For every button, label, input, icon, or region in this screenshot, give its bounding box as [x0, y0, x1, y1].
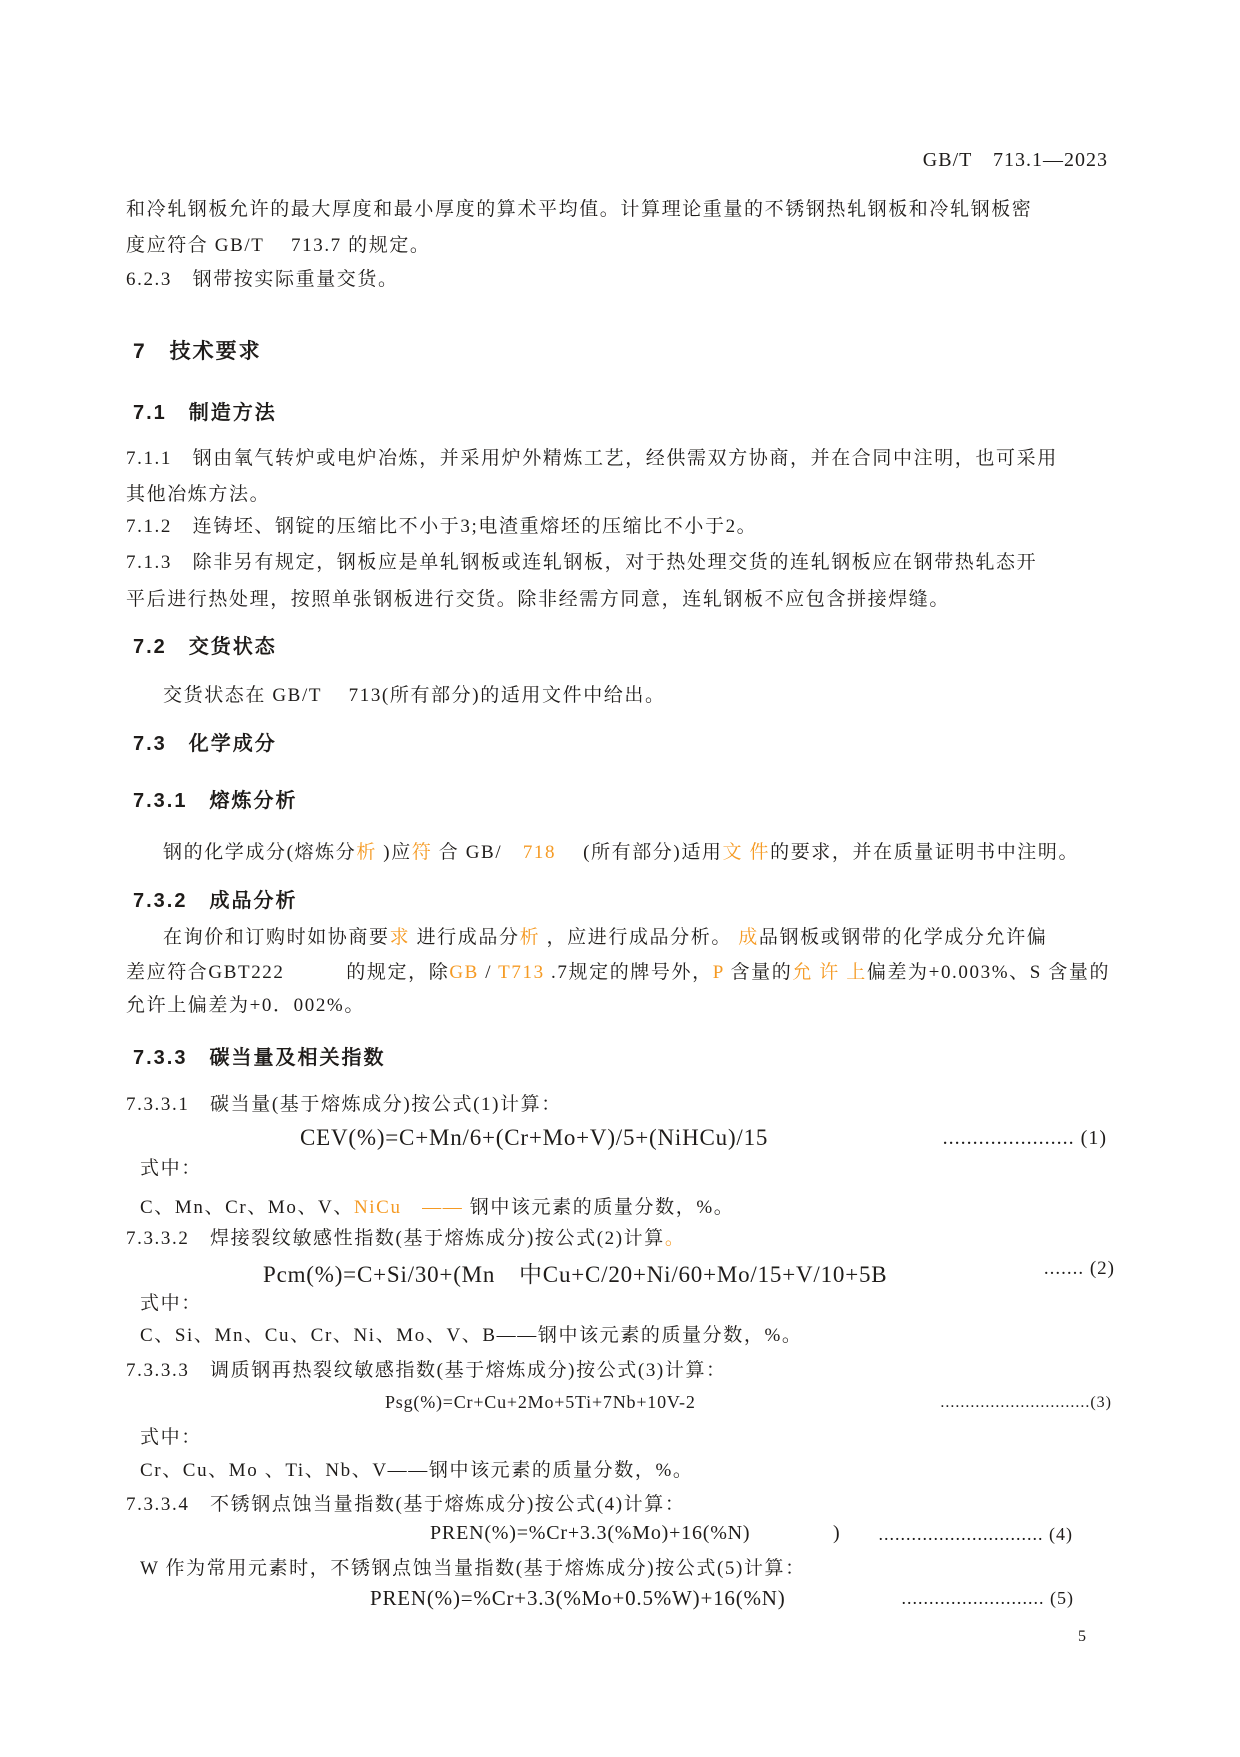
text-segment: Psg(%)=Cr+Cu+2Mo+5Ti+7Nb+10V-2 [385, 1392, 696, 1412]
page-header-standard-number: GB/T 713.1—2023 [923, 143, 1108, 172]
text-segment: 进行成品分 [410, 927, 519, 948]
formula-dotted-reference: ..............................(3) [940, 1394, 1112, 1412]
text-segment: W 作为常用元素时，不锈钢点蚀当量指数(基于熔炼成分)按公式(5)计算： [140, 1558, 806, 1579]
document-page: GB/T 713.1—2023 和冷轧钢板允许的最大厚度和最小厚度的算术平均值。… [0, 0, 1240, 1757]
formula-dotted-reference: .............................. (4) [879, 1524, 1074, 1545]
text-segment: 7 技术要求 [133, 340, 262, 363]
doc-line-text: 7.3.3.2 焊接裂纹敏感性指数(基于熔炼成分)按公式(2)计算。 [126, 1227, 685, 1251]
highlighted-text-segment: P [713, 962, 724, 983]
text-segment: 7.1.3 除非另有规定，钢板应是单轧钢板或连轧钢板，对于热处理交货的连轧钢板应… [126, 552, 1037, 573]
text-segment: 7.2 交货状态 [133, 636, 277, 658]
doc-line-text: 度应符合 GB/T 713.7 的规定。 [126, 234, 431, 258]
text-segment: PREN(%)=%Cr+3.3(%Mo)+16(%N) [430, 1522, 750, 1544]
highlighted-text-segment: 允 许 上 [792, 962, 867, 983]
text-segment: (所有部分)适用 [556, 842, 722, 863]
formula-dotted-reference: ...................... (1) [943, 1127, 1107, 1150]
doc-line-text: 式中： [140, 1157, 202, 1181]
doc-line-text: Pcm(%)=C+Si/30+(Mn 中Cu+C/20+Ni/60+Mo/15+… [263, 1256, 887, 1289]
text-segment: 7.3 化学成分 [133, 733, 277, 755]
text-segment: 钢中该元素的质量分数，%。 [463, 1197, 734, 1218]
doc-line-text: 和冷轧钢板允许的最大厚度和最小厚度的算术平均值。计算理论重量的不锈钢热轧钢板和冷… [126, 198, 1032, 222]
text-segment [402, 1197, 423, 1218]
text-segment: 7.3.2 成品分析 [133, 890, 297, 912]
doc-line-text: 7.1 制造方法 [133, 396, 277, 425]
text-segment: 7.3.3.2 焊接裂纹敏感性指数(基于熔炼成分)按公式(2)计算 [126, 1228, 665, 1249]
doc-line-text: 7.3.3 碳当量及相关指数 [133, 1041, 385, 1070]
text-segment: 式中： [140, 1427, 202, 1448]
text-segment: 7.1 制造方法 [133, 402, 277, 424]
doc-line-text: 7.3.1 熔炼分析 [133, 784, 297, 813]
doc-line-text: 7.2 交货状态 [133, 630, 277, 659]
doc-line-text: W 作为常用元素时，不锈钢点蚀当量指数(基于熔炼成分)按公式(5)计算： [140, 1557, 806, 1581]
doc-line-text: PREN(%)=%Cr+3.3(%Mo+0.5%W)+16(%N) [370, 1586, 786, 1611]
page-number: 5 [1078, 1628, 1086, 1646]
doc-line-text: 7.1.3 除非另有规定，钢板应是单轧钢板或连轧钢板，对于热处理交货的连轧钢板应… [126, 551, 1037, 575]
highlighted-text-segment: —— [422, 1197, 463, 1218]
highlighted-text-segment: GB [449, 962, 479, 983]
highlighted-text-segment: T713 [498, 962, 545, 983]
text-segment: 平后进行热处理，按照单张钢板进行交货。除非经需方同意，连轧钢板不应包含拼接焊缝。 [126, 589, 950, 610]
doc-line-text: Psg(%)=Cr+Cu+2Mo+5Ti+7Nb+10V-2 [385, 1392, 696, 1413]
text-segment: )应 [377, 842, 412, 863]
text-segment: 允许上偏差为+0．002%。 [126, 995, 365, 1016]
text-segment: 在询价和订购时如协商要 [163, 927, 390, 948]
formula-dotted-reference: ....... (2) [1044, 1258, 1115, 1280]
text-segment: 7.1.1 钢由氧气转炉或电炉冶炼，并采用炉外精炼工艺，经供需双方协商，并在合同… [126, 448, 1058, 469]
text-segment: 偏差为+0.003%、S 含量的 [867, 962, 1110, 983]
text-segment: ，应进行成品分析。 [540, 927, 738, 948]
doc-line-text: 允许上偏差为+0．002%。 [126, 994, 365, 1018]
highlighted-text-segment: 。 [665, 1228, 686, 1249]
doc-line-text: 式中： [140, 1292, 202, 1316]
text-segment: C、Mn、Cr、Mo、V、 [140, 1197, 354, 1218]
doc-line-text: CEV(%)=C+Mn/6+(Cr+Mo+V)/5+(NiHCu)/15 [300, 1125, 768, 1151]
text-segment: 式中： [140, 1158, 202, 1179]
doc-line-text: 其他冶炼方法。 [126, 483, 270, 507]
stray-glyph: ) [833, 1522, 840, 1545]
text-segment: 7.1.2 连铸坯、钢锭的压缩比不小于3;电渣重熔坯的压缩比不小于2。 [126, 516, 757, 537]
text-segment: 交货状态在 GB/T 713(所有部分)的适用文件中给出。 [163, 685, 666, 706]
doc-line-text: C、Mn、Cr、Mo、V、NiCu —— 钢中该元素的质量分数，%。 [140, 1196, 734, 1220]
text-segment: 7.3.3.4 不锈钢点蚀当量指数(基于熔炼成分)按公式(4)计算： [126, 1494, 685, 1515]
highlighted-text-segment: 符 [412, 842, 433, 863]
highlighted-text-segment: 析 [356, 842, 377, 863]
text-segment: .7规定的牌号外， [545, 962, 713, 983]
doc-line-text: 7.1.2 连铸坯、钢锭的压缩比不小于3;电渣重熔坯的压缩比不小于2。 [126, 515, 757, 539]
doc-line-text: C、Si、Mn、Cu、Cr、Ni、Mo、V、B——钢中该元素的质量分数，%。 [140, 1324, 803, 1348]
text-segment: 式中： [140, 1293, 202, 1314]
doc-line-text: 7 技术要求 [133, 335, 262, 365]
text-segment: Cr、Cu、Mo 、Ti、Nb、V——钢中该元素的质量分数，%。 [140, 1460, 694, 1481]
text-segment: 钢的化学成分(熔炼分 [163, 842, 356, 863]
doc-line-text: 式中： [140, 1426, 202, 1450]
doc-line-text: 6.2.3 钢带按实际重量交货。 [126, 268, 399, 292]
text-segment: 7.3.3 碳当量及相关指数 [133, 1047, 385, 1069]
text-segment: 合 GB/ [432, 842, 522, 863]
formula-dotted-reference: .......................... (5) [902, 1588, 1075, 1609]
text-segment: PREN(%)=%Cr+3.3(%Mo+0.5%W)+16(%N) [370, 1586, 786, 1610]
doc-line-text: 钢的化学成分(熔炼分析 )应符 合 GB/ 718 (所有部分)适用文 件的要求… [163, 841, 1079, 865]
doc-line-text: 7.3.2 成品分析 [133, 884, 297, 913]
text-segment: 其他冶炼方法。 [126, 484, 270, 505]
highlighted-text-segment: NiCu [354, 1197, 402, 1218]
text-segment: 品钢板或钢带的化学成分允许偏 [759, 927, 1047, 948]
highlighted-text-segment: 析 [520, 927, 541, 948]
doc-line-text: 7.1.1 钢由氧气转炉或电炉冶炼，并采用炉外精炼工艺，经供需双方协商，并在合同… [126, 447, 1058, 471]
text-segment: 度应符合 GB/T 713.7 的规定。 [126, 235, 431, 256]
doc-line-text: 7.3 化学成分 [133, 727, 277, 756]
text-segment: 6.2.3 钢带按实际重量交货。 [126, 269, 399, 290]
text-segment: 的要求，并在质量证明书中注明。 [770, 842, 1079, 863]
doc-line-text: 在询价和订购时如协商要求 进行成品分析 ，应进行成品分析。 成品钢板或钢带的化学… [163, 926, 1047, 950]
highlighted-text-segment: 成 [738, 927, 759, 948]
doc-line-text: 交货状态在 GB/T 713(所有部分)的适用文件中给出。 [163, 684, 666, 708]
doc-line-text: 7.3.3.3 调质钢再热裂纹敏感指数(基于熔炼成分)按公式(3)计算： [126, 1359, 727, 1383]
doc-line-text: 差应符合GBT222 的规定，除GB / T713 .7规定的牌号外，P 含量的… [126, 961, 1110, 985]
text-segment: CEV(%)=C+Mn/6+(Cr+Mo+V)/5+(NiHCu)/15 [300, 1125, 768, 1150]
text-segment: 7.3.1 熔炼分析 [133, 790, 297, 812]
text-segment: 7.3.3.1 碳当量(基于熔炼成分)按公式(1)计算： [126, 1094, 562, 1115]
doc-line-text: 7.3.3.1 碳当量(基于熔炼成分)按公式(1)计算： [126, 1093, 562, 1117]
text-segment: 和冷轧钢板允许的最大厚度和最小厚度的算术平均值。计算理论重量的不锈钢热轧钢板和冷… [126, 199, 1032, 220]
highlighted-text-segment: 文 件 [723, 842, 771, 863]
text-segment: Pcm(%)=C+Si/30+(Mn 中Cu+C/20+Ni/60+Mo/15+… [263, 1262, 887, 1287]
text-segment: / [479, 962, 498, 983]
highlighted-text-segment: 718 [523, 842, 556, 863]
doc-line-text: 平后进行热处理，按照单张钢板进行交货。除非经需方同意，连轧钢板不应包含拼接焊缝。 [126, 588, 950, 612]
doc-line-text: 7.3.3.4 不锈钢点蚀当量指数(基于熔炼成分)按公式(4)计算： [126, 1493, 685, 1517]
text-segment: 差应符合GBT222 的规定，除 [126, 962, 449, 983]
text-segment: C、Si、Mn、Cu、Cr、Ni、Mo、V、B——钢中该元素的质量分数，%。 [140, 1325, 803, 1346]
doc-line-text: Cr、Cu、Mo 、Ti、Nb、V——钢中该元素的质量分数，%。 [140, 1459, 694, 1483]
text-segment: 含量的 [724, 962, 792, 983]
doc-line-text: PREN(%)=%Cr+3.3(%Mo)+16(%N) [430, 1522, 750, 1545]
highlighted-text-segment: 求 [390, 927, 411, 948]
text-segment: 7.3.3.3 调质钢再热裂纹敏感指数(基于熔炼成分)按公式(3)计算： [126, 1360, 727, 1381]
